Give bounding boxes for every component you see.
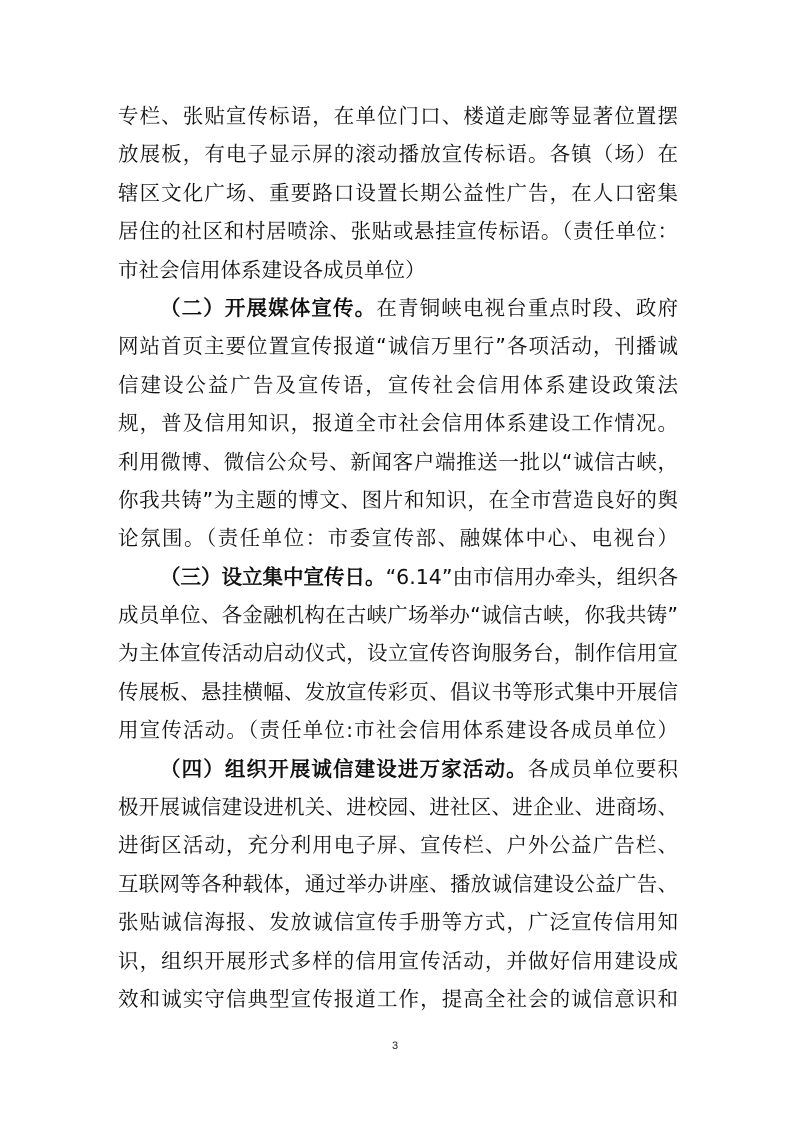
paragraph-section-3: （三）设立集中宣传日。“6.14”由市信用办牵头，组织各 成员单位、各金融机构在… — [118, 558, 678, 750]
text-line: 辖区文化广场、重要路口设置长期公益性广告，在人口密集 — [118, 174, 678, 212]
text-line: 为主体宣传活动启动仪式，设立宣传咨询服务台，制作信用宣 — [118, 634, 678, 672]
section-text: 各成员单位要积 — [528, 757, 678, 781]
text-line: 传展板、悬挂横幅、发放宣传彩页、倡议书等形式集中开展信 — [118, 673, 678, 711]
text-line: 效和诚实守信典型宣传报道工作，提高全社会的诚信意识和 — [118, 980, 678, 1018]
section-text: 在青铜峡电视台重点时段、政府 — [376, 296, 678, 320]
text-line: 你我共铸”为主题的博文、图片和知识，在全市营造良好的舆 — [118, 481, 678, 519]
document-page: 专栏、张贴宣传标语，在单位门口、楼道走廊等显著位置摆 放展板，有电子显示屏的滚动… — [118, 97, 678, 1018]
text-line: 市社会信用体系建设各成员单位） — [118, 251, 678, 289]
section-heading: （四）组织开展诚信建设进万家活动。 — [160, 757, 528, 781]
text-line: 信建设公益广告及宣传语，宣传社会信用体系建设政策法 — [118, 366, 678, 404]
section-text: “6.14”由市信用办牵头，组织各 — [386, 565, 678, 589]
text-line: 互联网等各种载体，通过举办讲座、播放诚信建设公益广告、 — [118, 865, 678, 903]
section-first-line: （三）设立集中宣传日。“6.14”由市信用办牵头，组织各 — [118, 558, 678, 596]
text-line: 进街区活动，充分利用电子屏、宣传栏、户外公益广告栏、 — [118, 826, 678, 864]
text-line: 专栏、张贴宣传标语，在单位门口、楼道走廊等显著位置摆 — [118, 97, 678, 135]
page-number: 3 — [392, 1040, 398, 1052]
text-line: 论氛围。（责任单位：市委宣传部、融媒体中心、电视台） — [118, 519, 678, 557]
paragraph-section-4: （四）组织开展诚信建设进万家活动。各成员单位要积 极开展诚信建设进机关、进校园、… — [118, 750, 678, 1019]
section-first-line: （四）组织开展诚信建设进万家活动。各成员单位要积 — [118, 750, 678, 788]
section-heading: （三）设立集中宣传日。 — [160, 565, 386, 589]
text-line: 放展板，有电子显示屏的滚动播放宣传标语。各镇（场）在 — [118, 135, 678, 173]
section-first-line: （二）开展媒体宣传。在青铜峡电视台重点时段、政府 — [118, 289, 678, 327]
text-line: 张贴诚信海报、发放诚信宣传手册等方式，广泛宣传信用知 — [118, 903, 678, 941]
text-line: 规，普及信用知识，报道全市社会信用体系建设工作情况。 — [118, 404, 678, 442]
text-line: 居住的社区和村居喷涂、张贴或悬挂宣传标语。（责任单位： — [118, 212, 678, 250]
section-heading: （二）开展媒体宣传。 — [160, 296, 376, 320]
text-line: 用宣传活动。（责任单位:市社会信用体系建设各成员单位） — [118, 711, 678, 749]
text-line: 成员单位、各金融机构在古峡广场举办“诚信古峡，你我共铸” — [118, 596, 678, 634]
text-line: 极开展诚信建设进机关、进校园、进社区、进企业、进商场、 — [118, 788, 678, 826]
paragraph-section-2: （二）开展媒体宣传。在青铜峡电视台重点时段、政府 网站首页主要位置宣传报道“诚信… — [118, 289, 678, 558]
paragraph-continuation: 专栏、张贴宣传标语，在单位门口、楼道走廊等显著位置摆 放展板，有电子显示屏的滚动… — [118, 97, 678, 289]
text-line: 网站首页主要位置宣传报道“诚信万里行”各项活动，刊播诚 — [118, 327, 678, 365]
text-line: 识，组织开展形式多样的信用宣传活动，并做好信用建设成 — [118, 942, 678, 980]
text-line: 利用微博、微信公众号、新闻客户端推送一批以“诚信古峡， — [118, 443, 678, 481]
